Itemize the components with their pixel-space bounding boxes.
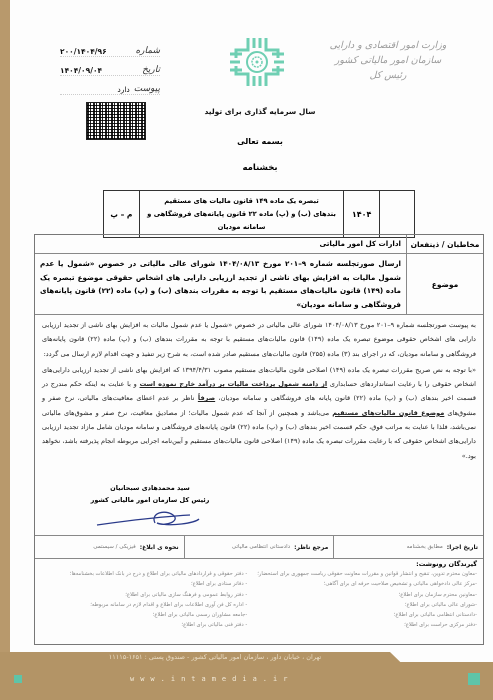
cc-item: - دفتر حقوقی و قراردادهای مالیاتی برای ا… [41,569,247,579]
subject-box: ۱۴۰۴ تبصره یک ماده ۱۴۹ قانون مالیات های … [103,190,415,238]
ministry-line: وزارت امور اقتصادی و دارایی [313,38,463,53]
cc-item: - دفتر روابط عمومی و فرهنگ سازی مالیاتی … [41,590,247,600]
execution-meta-row: تاریخ اجرا:مطابق بخشنامه مرجع ناظر:دادست… [35,535,483,559]
letter-date: ۱۴۰۴/۰۹/۰۴ [60,66,102,75]
cc-item: -دفتر مرکزی حراست برای اطلاع؛ [257,620,477,630]
subject-label: موضوع [406,254,483,314]
execution-date-cell: تاریخ اجرا:مطابق بخشنامه [333,536,483,558]
tax-organization-logo-icon [228,34,288,90]
signature-block: سید محمدهادی سبحانیان رئیس کل سازمان امو… [90,482,210,506]
cc-recipients: گیرندگان رونوشت: -معاون محترم تدوین، تنق… [35,558,483,631]
cc-item: - دفاتر ستادی برای اطلاع؛ [41,579,247,589]
subject-box-topic: تبصره یک ماده ۱۴۹ قانون مالیات های مستقی… [139,191,343,237]
addressees-label: مخاطبان / ذینفعان [406,235,483,253]
footer-square-left-icon [14,675,22,683]
organization-line: سازمان امور مالیاتی کشور [313,53,463,68]
emphasis-text: صرفاً [198,394,215,402]
subject-box-year: ۱۴۰۴ [343,191,379,237]
footer-square-right-icon [468,673,480,685]
qr-code-icon [86,102,146,140]
signature-scribble-icon [95,509,205,529]
bismillah: بسمه تعالی [210,137,310,146]
letter-number: ۲۰۰/۱۴۰۴/۹۶ [60,47,107,56]
signer-name: سید محمدهادی سبحانیان [90,482,210,494]
footer-address: تهران ، خیابان داور ، سازمان امور مالیات… [70,653,360,661]
cc-item: -جامعه مشاوران رسمی مالیاتی برای اطلاع؛ [41,610,247,620]
addressees-row: مخاطبان / ذینفعان ادارات کل امور مالیاتی [35,235,483,254]
circular-body-text: به پیوست صورتجلسه شماره ۹–۲۰۱ مورخ ۱۴۰۴/… [35,315,483,463]
cc-item: -معاونین محترم سازمان برای اطلاع؛ [257,590,477,600]
subject-box-code: م – پ [104,191,139,237]
emphasis-text: از دامنه شمول پرداخت مالیات بر درآمد خار… [140,380,328,388]
letter-date-row: تاریخ ۱۴۰۴/۰۹/۰۴ [60,61,160,76]
footer-website: www.intamedia.ir [130,675,290,683]
paper-edge-background [0,0,10,700]
ministry-letterhead: وزارت امور اقتصادی و دارایی سازمان امور … [313,38,463,83]
letter-number-row: شماره ۲۰۰/۱۴۰۴/۹۶ [60,42,160,57]
cc-title: گیرندگان رونوشت: [41,560,477,568]
subject-row: موضوع ارسال صورتجلسه شماره ۹–۲۰۱ مورخ ۱۴… [35,254,483,315]
notice-method-cell: نحوه ی ابلاغ:فیزیکی / سیستمی [35,536,184,558]
cc-item: -مرکز عالی دادخواهی مالیاتی و تشخیص صلاح… [257,579,477,589]
supervisor-cell: مرجع ناظر:دادستانی انتظامی مالیاتی [184,536,334,558]
emphasis-text: موضوع قانون مالیات‌های مستقیم [332,409,444,417]
attachment-value: دارد [117,85,129,94]
cc-item: -معاون محترم تدوین، تنقیح و انتشار قوانی… [257,569,477,579]
addressees-value: ادارات کل امور مالیاتی [35,235,406,253]
cc-item: -شورای عالی مالیاتی برای اطلاع؛ [257,600,477,610]
body-paragraph-2: «با توجه به نص صریح مقررات تبصره یک ماده… [42,363,476,463]
letter-page: وزارت امور اقتصادی و دارایی سازمان امور … [10,0,493,655]
cc-item: - دفتر فنی مالیاتی برای اطلاع؛ [41,620,247,630]
cc-column-left: - دفتر حقوقی و قراردادهای مالیاتی برای ا… [41,569,247,631]
letter-meta: شماره ۲۰۰/۱۴۰۴/۹۶ تاریخ ۱۴۰۴/۰۹/۰۴ پیوست… [60,42,160,99]
subject-value: ارسال صورتجلسه شماره ۹–۲۰۱ مورخ ۱۴۰۴/۰۸/… [35,254,406,314]
signer-title: رئیس کل سازمان امور مالیاتی کشور [90,494,210,506]
year-slogan: سال سرمایه گذاری برای تولید [190,107,330,116]
subject-box-empty-cell [379,191,414,237]
document-title: بخشنامه [210,163,310,173]
circular-body-box: مخاطبان / ذینفعان ادارات کل امور مالیاتی… [34,234,484,645]
cc-item: -دادستانی انتظامی مالیاتی برای اطلاع؛ [257,610,477,620]
cc-column-right: -معاون محترم تدوین، تنقیح و انتشار قوانی… [257,569,477,631]
footer-corner-decoration [390,652,493,662]
head-line: رئیس کل [313,68,463,83]
body-paragraph-1: به پیوست صورتجلسه شماره ۹–۲۰۱ مورخ ۱۴۰۴/… [42,318,476,361]
attachment-row: پیوست دارد [60,80,160,95]
cc-item: - اداره کل فن آوری اطلاعات برای اطلاع و … [41,600,247,610]
